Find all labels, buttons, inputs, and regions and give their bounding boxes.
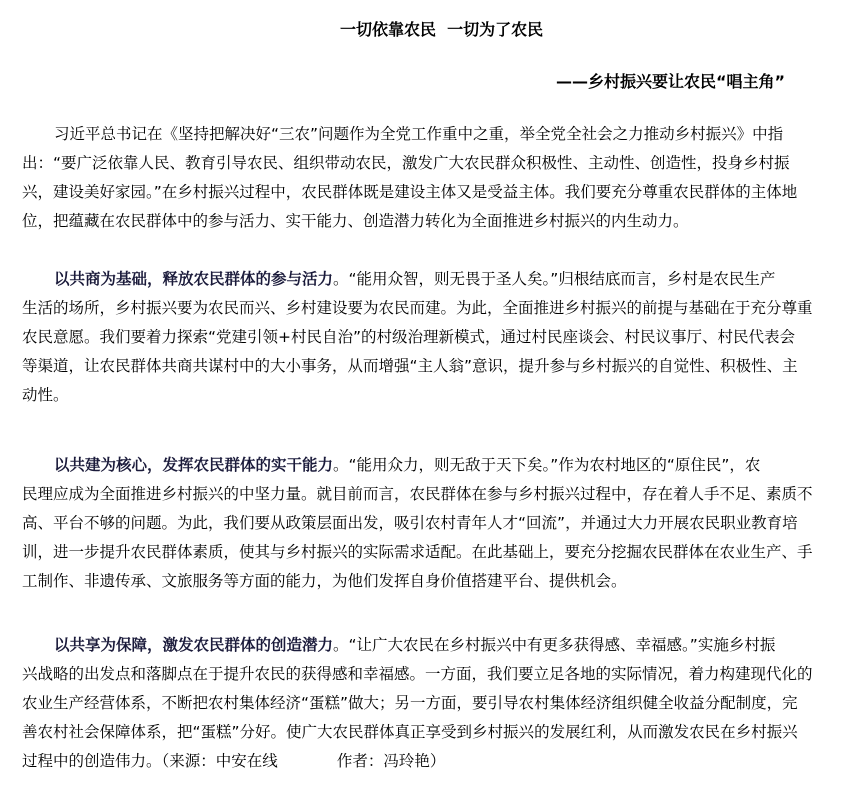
paragraph-line: 习近平总书记在《坚持把解决好“三农”问题作为全党工作重中之重，举全党全社会之力推… — [22, 120, 832, 149]
paragraph-line: 以共建为核心，发挥农民群体的实干能力。“能用众力，则无敌于天下矣。”作为农村地区… — [22, 451, 832, 480]
paragraph-line: 善农村社会保障体系，把“蛋糕”分好。使广大农民群体真正享受到乡村振兴的发展红利，… — [22, 718, 832, 747]
paragraph-text: 。“能用众智，则无畏于圣人矣。”归根结底而言，乡村是农民生产 — [333, 270, 775, 288]
paragraph-construction: 以共建为核心，发挥农民群体的实干能力。“能用众力，则无敌于天下矣。”作为农村地区… — [22, 451, 832, 596]
paragraph-line: 等渠道，让农民群体共商共谋村中的大小事务，从而增强“主人翁”意识，提升参与乡村振… — [22, 352, 832, 381]
paragraph-line: 高、平台不够的问题。为此，我们要从政策层面出发，吸引农村青年人才“回流”，并通过… — [22, 509, 832, 538]
paragraph-line: 出：“要广泛依靠人民、教育引导农民、组织带动农民，激发广大农民群众积极性、主动性… — [22, 149, 832, 178]
article-title: 一切依靠农民 一切为了农民 — [340, 17, 543, 40]
paragraph-text: 。“让广大农民在乡村振兴中有更多获得感、幸福感。”实施乡村振 — [333, 636, 775, 654]
paragraph-text: 。“能用众力，则无敌于天下矣。”作为农村地区的“原住民”，农 — [333, 456, 760, 474]
paragraph-intro: 习近平总书记在《坚持把解决好“三农”问题作为全党工作重中之重，举全党全社会之力推… — [22, 120, 832, 236]
paragraph-line: 兴，建设美好家园。”在乡村振兴过程中，农民群体既是建设主体又是受益主体。我们要充… — [22, 178, 832, 207]
paragraph-lead: 以共商为基础，释放农民群体的参与活力 — [54, 270, 333, 288]
paragraph-line: 民理应成为全面推进乡村振兴的中坚力量。就目前而言，农民群体在参与乡村振兴过程中，… — [22, 480, 832, 509]
paragraph-line: 农业生产经营体系，不断把农村集体经济“蛋糕”做大；另一方面，要引导农村集体经济组… — [22, 689, 832, 718]
paragraph-line: 位，把蕴藏在农民群体中的参与活力、实干能力、创造潜力转化为全面推进乡村振兴的内生… — [22, 207, 832, 236]
paragraph-lead: 以共享为保障，激发农民群体的创造潜力 — [54, 636, 333, 654]
paragraph-line source-credit: 过程中的创造伟力。（来源：中安在线 作者：冯玲艳） — [22, 747, 832, 776]
paragraph-lead: 以共建为核心，发挥农民群体的实干能力 — [54, 456, 333, 474]
paragraph-line: 兴战略的出发点和落脚点在于提升农民的获得感和幸福感。一方面，我们要立足各地的实际… — [22, 660, 832, 689]
paragraph-line: 以共享为保障，激发农民群体的创造潜力。“让广大农民在乡村振兴中有更多获得感、幸福… — [22, 631, 832, 660]
paragraph-line: 工制作、非遗传承、文旅服务等方面的能力，为他们发挥自身价值搭建平台、提供机会。 — [22, 567, 832, 596]
paragraph-line: 训，进一步提升农民群体素质，使其与乡村振兴的实际需求适配。在此基础上，要充分挖掘… — [22, 538, 832, 567]
paragraph-line: 生活的场所，乡村振兴要为农民而兴、乡村建设要为农民而建。为此，全面推进乡村振兴的… — [22, 294, 832, 323]
paragraph-line: 农民意愿。我们要着力探索“党建引领+村民自治”的村级治理新模式，通过村民座谈会、… — [22, 323, 832, 352]
paragraph-line: 动性。 — [22, 381, 832, 410]
paragraph-consultation: 以共商为基础，释放农民群体的参与活力。“能用众智，则无畏于圣人矣。”归根结底而言… — [22, 265, 832, 410]
paragraph-line: 以共商为基础，释放农民群体的参与活力。“能用众智，则无畏于圣人矣。”归根结底而言… — [22, 265, 832, 294]
article-subtitle: ——乡村振兴要让农民“唱主角” — [556, 69, 785, 92]
paragraph-sharing: 以共享为保障，激发农民群体的创造潜力。“让广大农民在乡村振兴中有更多获得感、幸福… — [22, 631, 832, 776]
